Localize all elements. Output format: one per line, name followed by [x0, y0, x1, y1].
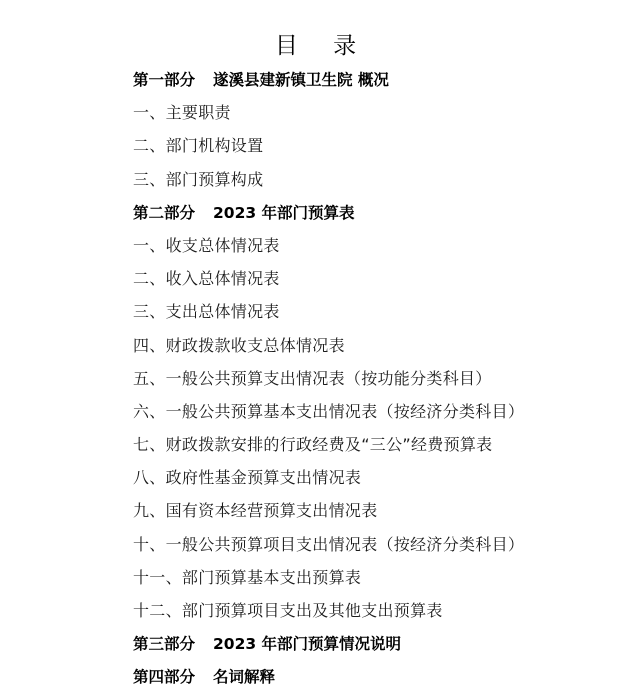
- toc-item[interactable]: 六、一般公共预算基本支出情况表（按经济分类科目）: [133, 398, 524, 431]
- toc-item[interactable]: 四、财政拨款收支总体情况表: [133, 332, 524, 365]
- toc-item[interactable]: 三、支出总体情况表: [133, 298, 524, 331]
- toc-part-2[interactable]: 第二部分2023 年部门预算表: [133, 199, 524, 232]
- part-label: 第三部分: [133, 630, 195, 658]
- toc-item[interactable]: 三、部门预算构成: [133, 166, 524, 199]
- document-page: 目 录 第一部分遂溪县建新镇卫生院 概况 一、主要职责 二、部门机构设置 三、部…: [0, 0, 635, 697]
- toc-item[interactable]: 十、一般公共预算项目支出情况表（按经济分类科目）: [133, 531, 524, 564]
- toc-part-3[interactable]: 第三部分2023 年部门预算情况说明: [133, 630, 524, 663]
- toc-part-1[interactable]: 第一部分遂溪县建新镇卫生院 概况: [133, 66, 524, 99]
- toc-item[interactable]: 七、财政拨款安排的行政经费及“三公”经费预算表: [133, 431, 524, 464]
- part-label: 第二部分: [133, 199, 195, 227]
- toc-list: 第一部分遂溪县建新镇卫生院 概况 一、主要职责 二、部门机构设置 三、部门预算构…: [133, 66, 524, 697]
- toc-item[interactable]: 十一、部门预算基本支出预算表: [133, 564, 524, 597]
- part-label: 第一部分: [133, 66, 195, 94]
- toc-item[interactable]: 八、政府性基金预算支出情况表: [133, 464, 524, 497]
- toc-item[interactable]: 十二、部门预算项目支出及其他支出预算表: [133, 597, 524, 630]
- part-title: 名词解释: [213, 668, 275, 686]
- toc-title: 目 录: [0, 31, 635, 61]
- toc-item[interactable]: 二、收入总体情况表: [133, 265, 524, 298]
- part-label: 第四部分: [133, 663, 195, 691]
- toc-item[interactable]: 一、收支总体情况表: [133, 232, 524, 265]
- part-title: 2023 年部门预算表: [213, 204, 355, 222]
- toc-item[interactable]: 九、国有资本经营预算支出情况表: [133, 497, 524, 530]
- toc-item[interactable]: 一、主要职责: [133, 99, 524, 132]
- part-title: 遂溪县建新镇卫生院 概况: [213, 71, 389, 89]
- toc-item[interactable]: 五、一般公共预算支出情况表（按功能分类科目）: [133, 365, 524, 398]
- toc-part-4[interactable]: 第四部分名词解释: [133, 663, 524, 696]
- toc-item[interactable]: 二、部门机构设置: [133, 132, 524, 165]
- part-title: 2023 年部门预算情况说明: [213, 635, 401, 653]
